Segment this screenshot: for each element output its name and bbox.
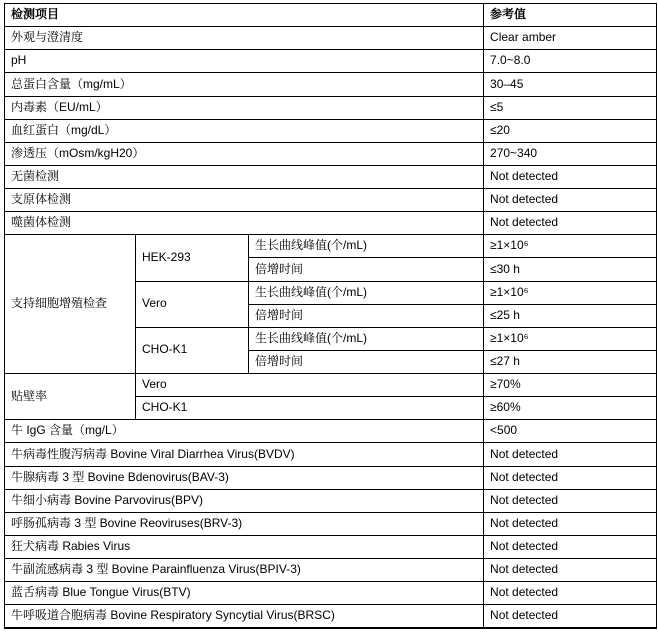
item-cell: 狂犬病毒 Rabies Virus [5,535,484,558]
value-cell: ≤20 [484,119,657,142]
value-cell: ≤25 h [484,304,657,327]
metric-cell: 倍增时间 [249,304,484,327]
table-row: 呼肠孤病毒 3 型 Bovine Reoviruses(BRV-3) Not d… [5,512,657,535]
metric-cell: 生长曲线峰值(个/mL) [249,281,484,304]
value-cell: ≥70% [484,374,657,397]
table-row: 牛病毒性腹泻病毒 Bovine Viral Diarrhea Virus(BVD… [5,443,657,466]
value-cell: Not detected [484,466,657,489]
item-cell: 呼肠孤病毒 3 型 Bovine Reoviruses(BRV-3) [5,512,484,535]
value-cell: Not detected [484,443,657,466]
item-cell: 总蛋白含量（mg/mL） [5,73,484,96]
table-row: 狂犬病毒 Rabies Virus Not detected [5,535,657,558]
value-cell: Not detected [484,212,657,235]
table-row: 支持细胞增殖检查 HEK-293 生长曲线峰值(个/mL) ≥1×10⁶ [5,235,657,258]
table-row: 牛 IgG 含量（mg/L） <500 [5,420,657,443]
table-row: 牛腺病毒 3 型 Bovine Bdenovirus(BAV-3) Not de… [5,466,657,489]
value-cell: ≥60% [484,397,657,420]
metric-cell: 倍增时间 [249,258,484,281]
item-cell: 噬菌体检测 [5,212,484,235]
item-cell: 外观与澄清度 [5,27,484,50]
table-row: 贴壁率 Vero ≥70% [5,374,657,397]
item-cell: 牛细小病毒 Bovine Parvovirus(BPV) [5,489,484,512]
cell-line-cell: Vero [136,281,249,327]
table-row: 支原体检测 Not detected [5,189,657,212]
value-cell: ≥1×10⁶ [484,281,657,304]
table-row: 外观与澄清度 Clear amber [5,27,657,50]
value-cell: Not detected [484,165,657,188]
table-row: 无菌检测 Not detected [5,165,657,188]
value-cell: Not detected [484,582,657,605]
table-row: 牛呼吸道合胞病毒 Bovine Respiratory Syncytial Vi… [5,605,657,628]
table-row: 牛细小病毒 Bovine Parvovirus(BPV) Not detecte… [5,489,657,512]
table-row: 血红蛋白（mg/dL） ≤20 [5,119,657,142]
item-cell: 牛腺病毒 3 型 Bovine Bdenovirus(BAV-3) [5,466,484,489]
cell-line-cell: CHO-K1 [136,327,249,373]
value-cell: Not detected [484,489,657,512]
value-cell: ≥1×10⁶ [484,327,657,350]
metric-cell: 生长曲线峰值(个/mL) [249,235,484,258]
item-cell: 蓝舌病毒 Blue Tongue Virus(BTV) [5,582,484,605]
value-cell: Not detected [484,535,657,558]
table-row: pH 7.0~8.0 [5,50,657,73]
item-cell: 牛 IgG 含量（mg/L） [5,420,484,443]
header-item-cell: 检测项目 [5,4,484,27]
item-cell: 牛病毒性腹泻病毒 Bovine Viral Diarrhea Virus(BVD… [5,443,484,466]
value-cell: 7.0~8.0 [484,50,657,73]
cell-line-cell: Vero [136,374,484,397]
value-cell: <500 [484,420,657,443]
metric-cell: 倍增时间 [249,350,484,373]
item-cell: pH [5,50,484,73]
value-cell: ≤5 [484,96,657,119]
section-label-cell: 支持细胞增殖检查 [5,235,136,374]
value-cell: ≤27 h [484,350,657,373]
value-cell: Not detected [484,605,657,628]
item-cell: 牛副流感病毒 3 型 Bovine Parainfluenza Virus(BP… [5,559,484,582]
item-cell: 牛呼吸道合胞病毒 Bovine Respiratory Syncytial Vi… [5,605,484,628]
value-cell: 270~340 [484,142,657,165]
value-cell: 30–45 [484,73,657,96]
table-header-row: 检测项目 参考值 [5,4,657,27]
value-cell: Not detected [484,189,657,212]
document-page: 检测项目 参考值 外观与澄清度 Clear amber pH 7.0~8.0 总… [0,0,658,632]
value-cell: ≤30 h [484,258,657,281]
value-cell: Not detected [484,512,657,535]
table-row: 蓝舌病毒 Blue Tongue Virus(BTV) Not detected [5,582,657,605]
item-cell: 血红蛋白（mg/dL） [5,119,484,142]
section-label-cell: 贴壁率 [5,374,136,420]
item-cell: 渗透压（mOsm/kgH20） [5,142,484,165]
item-cell: 支原体检测 [5,189,484,212]
table-row: 总蛋白含量（mg/mL） 30–45 [5,73,657,96]
header-ref-cell: 参考值 [484,4,657,27]
value-cell: ≥1×10⁶ [484,235,657,258]
cell-line-cell: CHO-K1 [136,397,484,420]
table-row: 噬菌体检测 Not detected [5,212,657,235]
table-row: 渗透压（mOsm/kgH20） 270~340 [5,142,657,165]
item-cell: 无菌检测 [5,165,484,188]
table-row: 内毒素（EU/mL） ≤5 [5,96,657,119]
item-cell: 内毒素（EU/mL） [5,96,484,119]
cell-line-cell: HEK-293 [136,235,249,281]
value-cell: Not detected [484,559,657,582]
table-row: 牛副流感病毒 3 型 Bovine Parainfluenza Virus(BP… [5,559,657,582]
metric-cell: 生长曲线峰值(个/mL) [249,327,484,350]
value-cell: Clear amber [484,27,657,50]
qc-spec-table: 检测项目 参考值 外观与澄清度 Clear amber pH 7.0~8.0 总… [4,3,657,629]
